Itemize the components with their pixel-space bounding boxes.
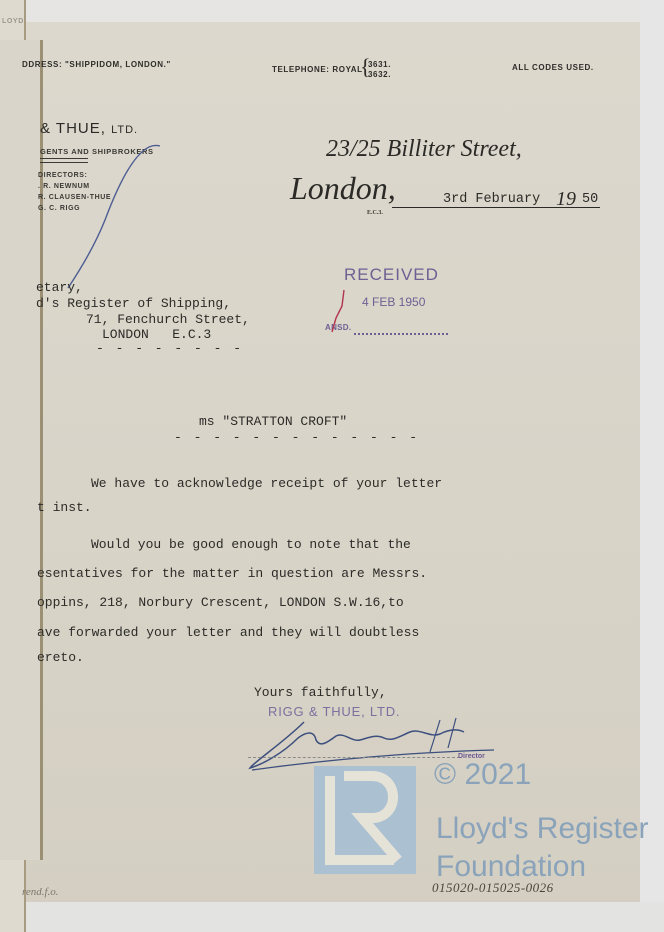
archive-reference-number: 015020-015025-0026 xyxy=(432,880,554,896)
red-tick-mark xyxy=(330,288,360,336)
watermark-org-line2: Foundation xyxy=(436,850,586,884)
telephone-label: TELEPHONE: ROYAL xyxy=(272,65,363,74)
lr-logo-icon xyxy=(314,766,416,874)
date-year: 50 xyxy=(582,192,598,207)
subject-underline: - - - - - - - - - - - - - xyxy=(174,430,419,445)
scan-background-top xyxy=(0,0,664,22)
letter-date: 3rd February xyxy=(443,192,540,207)
body-line: esentatives for the matter in question a… xyxy=(37,566,427,581)
codes-note: ALL CODES USED. xyxy=(512,63,594,72)
scan-background-right xyxy=(640,0,664,932)
body-line: We have to acknowledge receipt of your l… xyxy=(91,476,442,491)
valediction: Yours faithfully, xyxy=(254,685,387,700)
company-suffix: LTD. xyxy=(111,124,138,136)
company-name: & THUE, LTD. xyxy=(40,120,138,137)
pen-stroke-mark xyxy=(60,140,170,290)
edge-fragment-text: LOYD xyxy=(2,18,24,25)
recipient-line: 71, Fenchurch Street, xyxy=(86,312,250,327)
body-line: ave forwarded your letter and they will … xyxy=(37,625,419,640)
lr-logo: LR xyxy=(314,766,416,874)
recipient-underline: - - - - - - - - xyxy=(96,341,243,356)
body-line: t inst. xyxy=(37,500,92,515)
subject-vessel: ms "STRATTON CROFT" xyxy=(199,414,347,429)
watermark-copyright: © 2021 xyxy=(434,758,531,792)
city-name: London, xyxy=(290,170,396,207)
body-line: oppins, 218, Norbury Crescent, LONDON S.… xyxy=(37,595,404,610)
recipient-line: etary, xyxy=(36,280,83,295)
company-name-text: & THUE, xyxy=(40,120,106,137)
telephone-number: 3632. xyxy=(368,70,391,80)
telephone-numbers: 3631. 3632. xyxy=(368,60,391,80)
postal-district: E.C.3. xyxy=(367,210,383,216)
pencil-note: rend.f.o. xyxy=(22,886,59,898)
date-century: 19 xyxy=(556,188,576,211)
recipient-line: LONDON E.C.3 xyxy=(102,327,211,342)
watermark-org-line1: Lloyd's Register xyxy=(436,812,649,846)
body-line: ereto. xyxy=(37,650,84,665)
scan-background-bottom xyxy=(0,902,664,932)
telephone-number: 3631. xyxy=(368,60,391,70)
received-stamp-line xyxy=(354,333,448,335)
street-address: 23/25 Billiter Street, xyxy=(326,136,522,163)
received-stamp-title: RECEIVED xyxy=(344,265,439,285)
recipient-line: d's Register of Shipping, xyxy=(36,296,231,311)
telegraphic-address: DDRESS: "SHIPPIDOM, LONDON." xyxy=(22,60,171,69)
body-line: Would you be good enough to note that th… xyxy=(91,537,411,552)
signature-line xyxy=(248,757,460,758)
underlying-sheet xyxy=(0,40,43,860)
received-stamp-date: 4 FEB 1950 xyxy=(362,295,425,309)
